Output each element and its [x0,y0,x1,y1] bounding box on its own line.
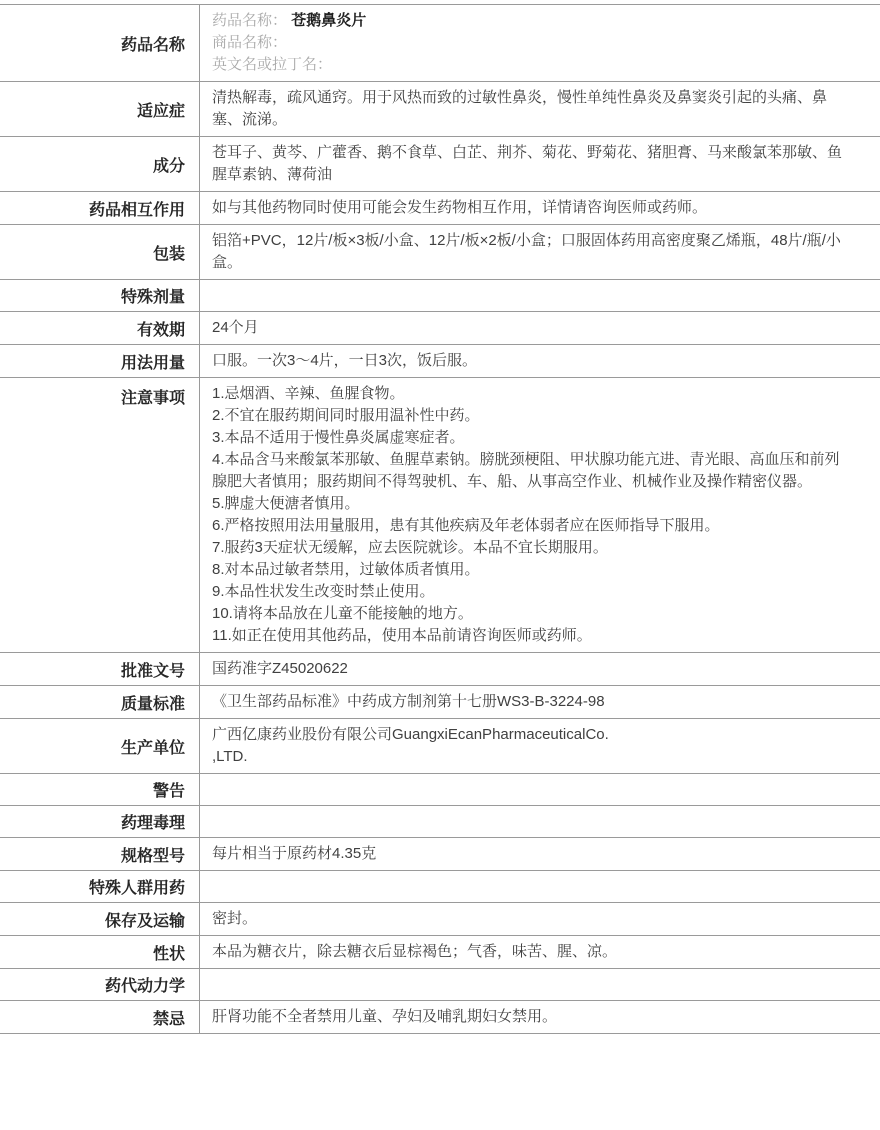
row-label-dosage: 用法用量 [0,345,200,377]
row-label-drug-name: 药品名称 [0,5,200,81]
row-label-description: 性状 [0,936,200,968]
row-value-interactions: 如与其他药物同时使用可能会发生药物相互作用，详情请咨询医师或药师。 [200,192,880,224]
row-value-specification: 每片相当于原药材4.35克 [200,838,880,870]
row-value-shelf-life: 24个月 [200,312,880,344]
row-label-specification: 规格型号 [0,838,200,870]
table-row-interactions: 药品相互作用如与其他药物同时使用可能会发生药物相互作用，详情请咨询医师或药师。 [0,192,880,225]
drug-table: 药品名称药品名称： 苍鹅鼻炎片商品名称：英文名或拉丁名：适应症清热解毒，疏风通窍… [0,4,880,1034]
value-line: 铝箔+PVC，12片/板×3板/小盒、12片/板×2板/小盒；口服固体药用高密度… [212,230,854,274]
field-prefix: 药品名称： [212,12,287,29]
value-line: 2.不宜在服药期间同时服用温补性中药。 [212,405,854,427]
row-value-storage-transport: 密封。 [200,903,880,935]
value-line: 5.脾虚大便溏者慎用。 [212,493,854,515]
row-value-warning [200,774,880,805]
value-line: 11.如正在使用其他药品，使用本品前请咨询医师或药师。 [212,625,854,647]
value-line: 10.请将本品放在儿童不能接触的地方。 [212,603,854,625]
row-label-packaging: 包装 [0,225,200,279]
value-line: 口服。一次3～4片，一日3次，饭后服。 [212,350,854,372]
table-row-contraindications: 禁忌肝肾功能不全者禁用儿童、孕妇及哺乳期妇女禁用。 [0,1001,880,1034]
value-line: 本品为糖衣片，除去糖衣后显棕褐色；气香，味苦、腥、凉。 [212,941,854,963]
row-label-pharmacology-toxicology: 药理毒理 [0,806,200,837]
drug-name-value: 苍鹅鼻炎片 [291,12,366,29]
row-value-pharmacokinetics [200,969,880,1000]
value-line: 6.严格按照用法用量服用，患有其他疾病及年老体弱者应在医师指导下服用。 [212,515,854,537]
value-line: 清热解毒，疏风通窍。用于风热而致的过敏性鼻炎，慢性单纯性鼻炎及鼻窦炎引起的头痛、… [212,87,854,131]
table-row-approval-number: 批准文号国药准字Z45020622 [0,653,880,686]
drug-info-page: 药品名称药品名称： 苍鹅鼻炎片商品名称：英文名或拉丁名：适应症清热解毒，疏风通窍… [0,0,880,1130]
row-value-indications: 清热解毒，疏风通窍。用于风热而致的过敏性鼻炎，慢性单纯性鼻炎及鼻窦炎引起的头痛、… [200,82,880,136]
row-value-quality-standard: 《卫生部药品标准》中药成方制剂第十七册WS3-B-3224-98 [200,686,880,718]
row-value-dosage: 口服。一次3～4片，一日3次，饭后服。 [200,345,880,377]
row-label-indications: 适应症 [0,82,200,136]
row-label-storage-transport: 保存及运输 [0,903,200,935]
value-line: 7.服药3天症状无缓解，应去医院就诊。本品不宜长期服用。 [212,537,854,559]
table-row-pharmacokinetics: 药代动力学 [0,969,880,1001]
row-label-warning: 警告 [0,774,200,805]
value-line: 《卫生部药品标准》中药成方制剂第十七册WS3-B-3224-98 [212,691,854,713]
table-row-specification: 规格型号每片相当于原药材4.35克 [0,838,880,871]
table-row-quality-standard: 质量标准《卫生部药品标准》中药成方制剂第十七册WS3-B-3224-98 [0,686,880,719]
row-value-precautions: 1.忌烟酒、辛辣、鱼腥食物。2.不宜在服药期间同时服用温补性中药。3.本品不适用… [200,378,880,652]
value-line: 3.本品不适用于慢性鼻炎属虚寒症者。 [212,427,854,449]
table-row-pharmacology-toxicology: 药理毒理 [0,806,880,838]
table-row-indications: 适应症清热解毒，疏风通窍。用于风热而致的过敏性鼻炎，慢性单纯性鼻炎及鼻窦炎引起的… [0,82,880,137]
row-label-special-dosage: 特殊剂量 [0,280,200,311]
row-value-special-dosage [200,280,880,311]
table-row-warning: 警告 [0,774,880,806]
row-value-packaging: 铝箔+PVC，12片/板×3板/小盒、12片/板×2板/小盒；口服固体药用高密度… [200,225,880,279]
row-value-pharmacology-toxicology [200,806,880,837]
value-line: 广西亿康药业股份有限公司GuangxiEcanPharmaceuticalCo. [212,724,854,746]
row-value-contraindications: 肝肾功能不全者禁用儿童、孕妇及哺乳期妇女禁用。 [200,1001,880,1033]
row-label-interactions: 药品相互作用 [0,192,200,224]
row-value-description: 本品为糖衣片，除去糖衣后显棕褐色；气香，味苦、腥、凉。 [200,936,880,968]
value-line: 每片相当于原药材4.35克 [212,843,854,865]
row-label-contraindications: 禁忌 [0,1001,200,1033]
row-label-approval-number: 批准文号 [0,653,200,685]
table-row-special-dosage: 特殊剂量 [0,280,880,312]
table-row-manufacturer: 生产单位广西亿康药业股份有限公司GuangxiEcanPharmaceutica… [0,719,880,774]
table-row-description: 性状本品为糖衣片，除去糖衣后显棕褐色；气香，味苦、腥、凉。 [0,936,880,969]
name-field-line: 商品名称： [212,32,854,54]
value-line: 肝肾功能不全者禁用儿童、孕妇及哺乳期妇女禁用。 [212,1006,854,1028]
table-row-ingredients: 成分苍耳子、黄芩、广藿香、鹅不食草、白芷、荆芥、菊花、野菊花、猪胆膏、马来酸氯苯… [0,137,880,192]
value-line: ,LTD. [212,746,854,768]
value-line: 苍耳子、黄芩、广藿香、鹅不食草、白芷、荆芥、菊花、野菊花、猪胆膏、马来酸氯苯那敏… [212,142,854,186]
table-row-drug-name: 药品名称药品名称： 苍鹅鼻炎片商品名称：英文名或拉丁名： [0,5,880,82]
table-row-special-populations: 特殊人群用药 [0,871,880,903]
table-row-shelf-life: 有效期24个月 [0,312,880,345]
table-row-precautions: 注意事项1.忌烟酒、辛辣、鱼腥食物。2.不宜在服药期间同时服用温补性中药。3.本… [0,378,880,653]
table-row-packaging: 包装铝箔+PVC，12片/板×3板/小盒、12片/板×2板/小盒；口服固体药用高… [0,225,880,280]
row-label-shelf-life: 有效期 [0,312,200,344]
value-line: 8.对本品过敏者禁用，过敏体质者慎用。 [212,559,854,581]
value-line: 密封。 [212,908,854,930]
value-line: 1.忌烟酒、辛辣、鱼腥食物。 [212,383,854,405]
value-line: 4.本品含马来酸氯苯那敏、鱼腥草素钠。膀胱颈梗阻、甲状腺功能亢进、青光眼、高血压… [212,449,854,493]
table-row-storage-transport: 保存及运输密封。 [0,903,880,936]
name-field-line: 英文名或拉丁名： [212,54,854,76]
field-prefix: 英文名或拉丁名： [212,56,332,73]
table-row-dosage: 用法用量口服。一次3～4片，一日3次，饭后服。 [0,345,880,378]
row-label-pharmacokinetics: 药代动力学 [0,969,200,1000]
row-value-approval-number: 国药准字Z45020622 [200,653,880,685]
value-line: 9.本品性状发生改变时禁止使用。 [212,581,854,603]
row-label-special-populations: 特殊人群用药 [0,871,200,902]
value-line: 如与其他药物同时使用可能会发生药物相互作用，详情请咨询医师或药师。 [212,197,854,219]
value-line: 24个月 [212,317,854,339]
field-prefix: 商品名称： [212,34,287,51]
row-value-manufacturer: 广西亿康药业股份有限公司GuangxiEcanPharmaceuticalCo.… [200,719,880,773]
row-value-drug-name: 药品名称： 苍鹅鼻炎片商品名称：英文名或拉丁名： [200,5,880,81]
row-label-quality-standard: 质量标准 [0,686,200,718]
row-label-precautions: 注意事项 [0,378,200,652]
row-label-manufacturer: 生产单位 [0,719,200,773]
row-value-ingredients: 苍耳子、黄芩、广藿香、鹅不食草、白芷、荆芥、菊花、野菊花、猪胆膏、马来酸氯苯那敏… [200,137,880,191]
name-field-line: 药品名称： 苍鹅鼻炎片 [212,10,854,32]
row-value-special-populations [200,871,880,902]
row-label-ingredients: 成分 [0,137,200,191]
value-line: 国药准字Z45020622 [212,658,854,680]
